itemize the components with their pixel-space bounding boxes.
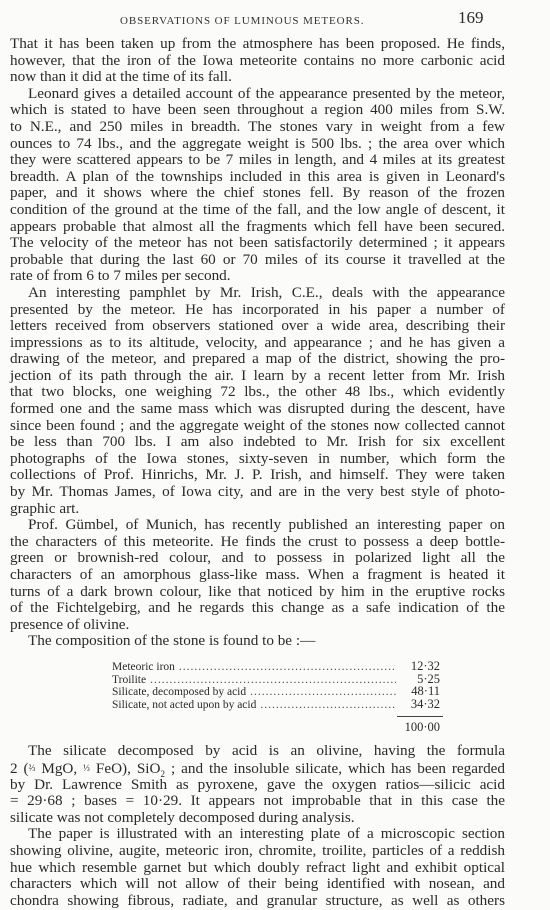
- text-line: An interesting pamphlet by Mr. Irish, C.…: [10, 285, 505, 302]
- paragraph-4: Prof. Gümbel, of Munich, has recently pu…: [10, 517, 505, 633]
- table-row: Troilite 5·25: [112, 673, 440, 686]
- page-body: That it has been taken up from the atmos…: [10, 36, 505, 909]
- text-line: which is stated to have been seen throug…: [10, 102, 505, 119]
- row-value: 34·32: [400, 698, 440, 711]
- composition-table: Meteoric iron 12·32 Troilite 5·25 Silica…: [112, 660, 440, 735]
- text-line: ounces to 74 lbs., and the aggregate wei…: [10, 136, 505, 153]
- text-line: collections of Prof. Hinrichs, Mr. J. P.…: [10, 467, 505, 484]
- text-line: since been found ; and the aggregate wei…: [10, 418, 505, 435]
- text-line: jection of its path through the air. I l…: [10, 368, 505, 385]
- text-line: hue which resemble garnet but which doub…: [10, 860, 505, 877]
- text-line: now than it did at the time of its fall.: [10, 69, 505, 86]
- text-line: photographs of the Iowa stones, sixty-se…: [10, 451, 505, 468]
- text-line: to N.E., and 250 miles in breadth. The s…: [10, 119, 505, 136]
- leader-dots: [179, 661, 396, 674]
- formula-part: FeO), SiO: [90, 760, 161, 777]
- table-row: Silicate, decomposed by acid 48·11: [112, 685, 440, 698]
- text-line: that two blocks, one weighing 72 lbs., t…: [10, 384, 505, 401]
- paragraph-3: An interesting pamphlet by Mr. Irish, C.…: [10, 285, 505, 517]
- text-line: be less than 700 lbs. I am also indebted…: [10, 434, 505, 451]
- text-line: Leonard gives a detailed account of the …: [10, 86, 505, 103]
- text-line: = 29·68 ; bases = 10·29. It appears not …: [10, 793, 505, 810]
- text-line: presented by the meteor. He has incorpor…: [10, 302, 505, 319]
- text-line: appears probable that almost all the fra…: [10, 219, 505, 236]
- table-total: 100·00: [112, 721, 440, 735]
- text-line: Prof. Gümbel, of Munich, has recently pu…: [10, 517, 505, 534]
- formula-part: MgO,: [35, 760, 83, 777]
- formula-suffix: ; and the insoluble silicate, which has …: [165, 760, 505, 777]
- running-title: OBSERVATIONS OF LUMINOUS METEORS.: [120, 15, 364, 27]
- paragraph-1: That it has been taken up from the atmos…: [10, 36, 505, 86]
- table-row: Silicate, not acted upon by acid 34·32: [112, 698, 440, 711]
- text-line: drawing of the meteor, and prepared a ma…: [10, 351, 505, 368]
- text-line: showing olivine, augite, meteoric iron, …: [10, 843, 505, 860]
- text-line: by Mr. Thomas James, of Iowa city, and a…: [10, 484, 505, 501]
- text-line: The composition of the stone is found to…: [10, 633, 505, 650]
- text-line: breadth. A plan of the townships include…: [10, 169, 505, 186]
- page-header: OBSERVATIONS OF LUMINOUS METEORS. 169: [0, 8, 550, 30]
- leader-dots: [260, 699, 396, 712]
- paragraph-5: The composition of the stone is found to…: [10, 633, 505, 650]
- formula-line: 2 (⅔ MgO, ⅓ FeO), SiO2 ; and the insolub…: [10, 760, 505, 777]
- text-line: silicate was not completely decomposed d…: [10, 810, 505, 827]
- text-line: paper, and it shows where the chief ston…: [10, 185, 505, 202]
- paragraph-7: The paper is illustrated with an interes…: [10, 826, 505, 909]
- text-line: formed one and the same mass which was d…: [10, 401, 505, 418]
- text-line: letters received from observers statione…: [10, 318, 505, 335]
- page-number: 169: [458, 8, 484, 28]
- row-label: Silicate, decomposed by acid: [112, 686, 246, 699]
- text-line: characters which will not allow of their…: [10, 876, 505, 893]
- row-label: Silicate, not acted upon by acid: [112, 699, 256, 712]
- leader-dots: [250, 686, 396, 699]
- text-line: green or brownish-red colour, and to pos…: [10, 550, 505, 567]
- paragraph-2: Leonard gives a detailed account of the …: [10, 86, 505, 285]
- formula-prefix: 2 (: [10, 760, 29, 777]
- row-value: 12·32: [400, 660, 440, 673]
- text-line: rate of from 6 to 7 miles per second.: [10, 268, 505, 285]
- text-line: chondra showing fibrous, radiate, and gr…: [10, 893, 505, 910]
- fraction-one-third: ⅓: [83, 763, 90, 773]
- table-row: Meteoric iron 12·32: [112, 660, 440, 673]
- text-line: characters of an amorphous glass-like ma…: [10, 567, 505, 584]
- row-label: Troilite: [112, 674, 146, 687]
- text-line: presence of olivine.: [10, 617, 505, 634]
- text-line: That it has been taken up from the atmos…: [10, 36, 505, 53]
- text-line: impressions as to its altitude, velocity…: [10, 335, 505, 352]
- text-line: The velocity of the meteor has not been …: [10, 235, 505, 252]
- text-line: The paper is illustrated with an interes…: [10, 826, 505, 843]
- document-page: OBSERVATIONS OF LUMINOUS METEORS. 169 Th…: [0, 0, 550, 910]
- text-line: condition of the ground at the time of t…: [10, 202, 505, 219]
- text-line: they were scattered appears to be 7 mile…: [10, 152, 505, 169]
- leader-dots: [150, 674, 396, 687]
- row-value: 48·11: [400, 685, 440, 698]
- text-line: probable that during the last 60 or 70 m…: [10, 252, 505, 269]
- text-line: graphic art.: [10, 501, 505, 518]
- sum-rule: [397, 716, 443, 717]
- row-label: Meteoric iron: [112, 661, 175, 674]
- text-line: however, that the iron of the Iowa meteo…: [10, 53, 505, 70]
- text-line: of the Fichtelgebirg, and he regards thi…: [10, 600, 505, 617]
- text-line: by Dr. Lawrence Smith as pyroxene, gave …: [10, 777, 505, 794]
- text-line: The silicate decomposed by acid is an ol…: [10, 743, 505, 760]
- text-line: the characters of this meteorite. He fin…: [10, 534, 505, 551]
- text-line: turns of a dark brown colour, like that …: [10, 584, 505, 601]
- paragraph-6: The silicate decomposed by acid is an ol…: [10, 743, 505, 826]
